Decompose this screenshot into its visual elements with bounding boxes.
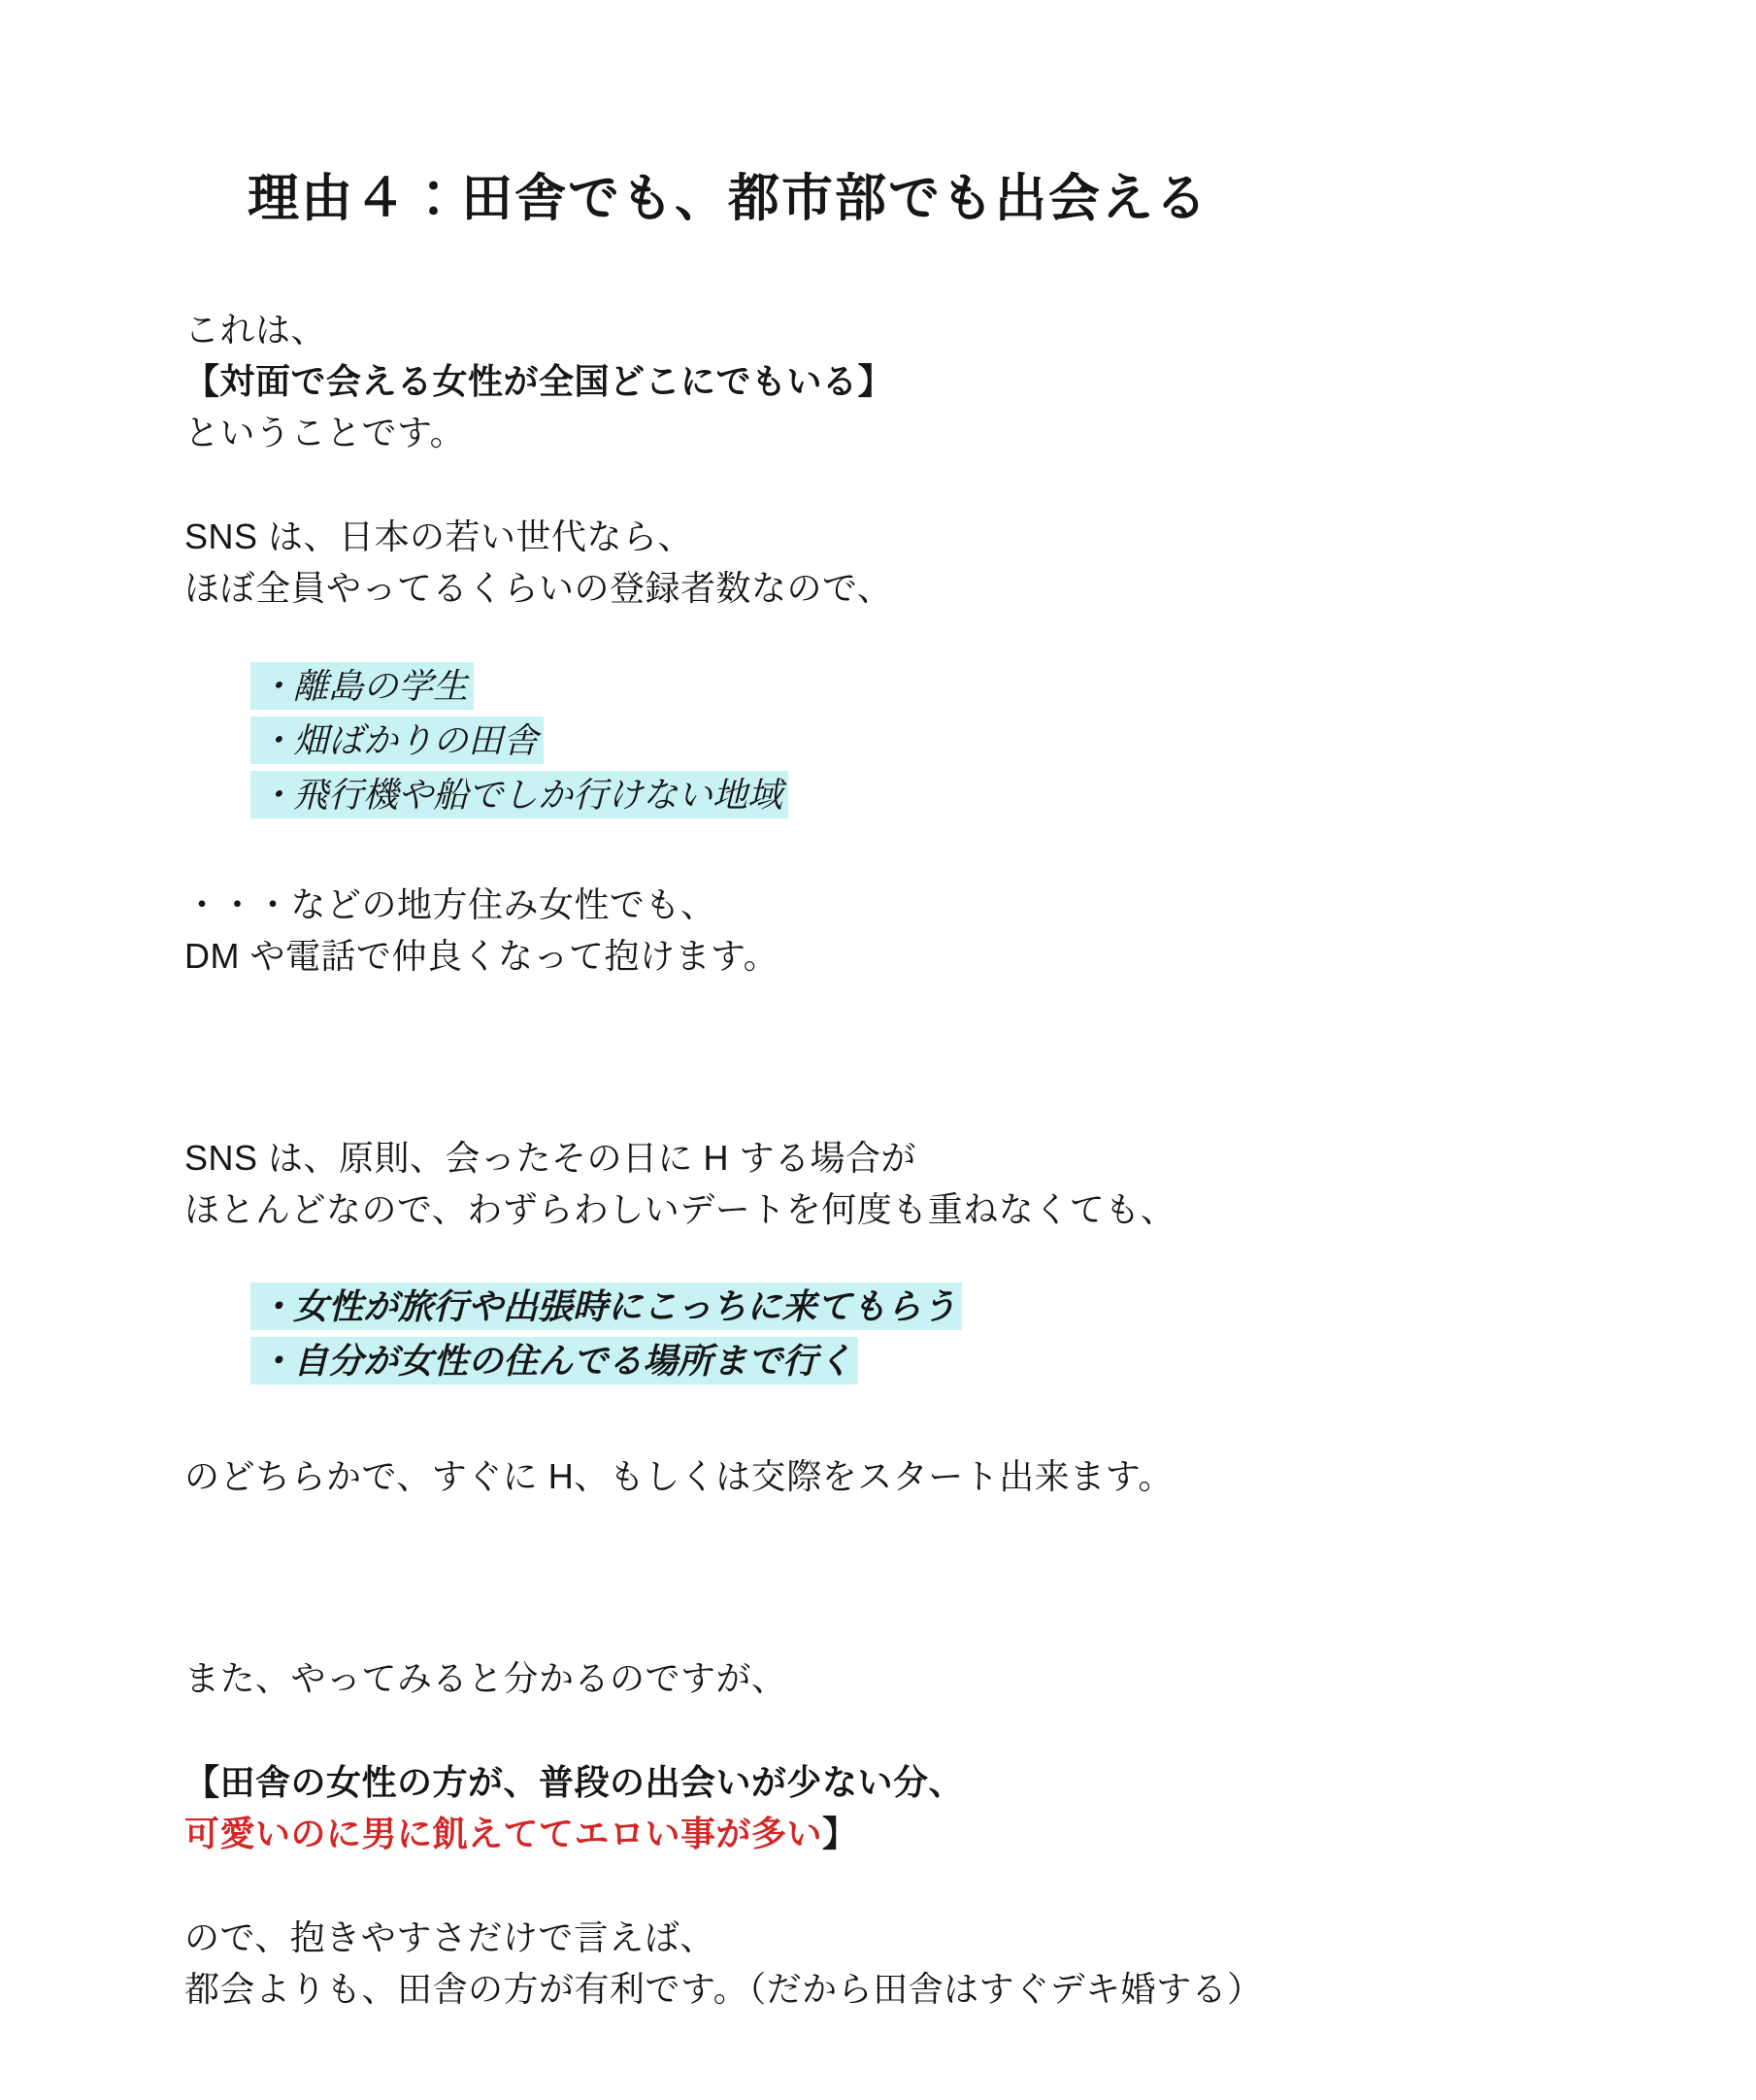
rural-claim-line-1-bold: 【田舎の女性の方が、普段の出会いが少ない分、 — [184, 1756, 1649, 1808]
highlighted-list-item: ・畑ばかりの田舎 — [250, 717, 544, 764]
highlighted-list-item: ・離島の学生 — [250, 662, 474, 710]
same-day-line-1: SNS は、原則、会ったその日に H する場合が — [184, 1132, 1649, 1183]
also-line: また、やってみると分かるのですが、 — [184, 1652, 1649, 1704]
sns-reach-line-2: ほぼ全員やってるくらいの登録者数なので、 — [184, 562, 1649, 614]
intro-line-1: これは、 — [184, 304, 1649, 355]
page-title: 理由４：田舎でも、都市部でも出会える — [248, 170, 1649, 228]
document-content: 理由４：田舎でも、都市部でも出会える これは、 【対面で会える女性が全国どこにで… — [184, 170, 1649, 2015]
remote-examples-list: ・離島の学生 ・畑ばかりの田舎 ・飛行機や船でしか行けない地域 — [184, 662, 1649, 818]
start-result-line: のどちらかで、すぐに H、もしくは交際をスタート出来ます。 — [184, 1450, 1649, 1502]
intro-line-2-bold: 【対面で会える女性が全国どこにでもいる】 — [184, 355, 1649, 407]
also-paragraph: また、やってみると分かるのですが、 — [184, 1652, 1649, 1704]
conclusion-line-1: ので、抱きやすさだけで言えば、 — [184, 1912, 1649, 1963]
intro-paragraph: これは、 【対面で会える女性が全国どこにでもいる】 ということです。 — [184, 304, 1649, 458]
highlighted-list-item: ・自分が女性の住んでる場所まで行く — [250, 1337, 858, 1384]
meet-options-list: ・女性が旅行や出張時にこっちに来てもらう ・自分が女性の住んでる場所まで行く — [184, 1283, 1649, 1384]
same-day-paragraph: SNS は、原則、会ったその日に H する場合が ほとんどなので、わずらわしいデ… — [184, 1132, 1649, 1235]
conclusion-line-2: 都会よりも、田舎の方が有利です。（だから田舎はすぐデキ婚する） — [184, 1963, 1649, 2015]
conclusion-paragraph: ので、抱きやすさだけで言えば、 都会よりも、田舎の方が有利です。（だから田舎はす… — [184, 1912, 1649, 2015]
highlighted-list-item: ・飛行機や船でしか行けない地域 — [250, 771, 788, 818]
rural-claim-red-text: 可愛いのに男に飢えててエロい事が多い — [184, 1814, 822, 1853]
reach-result-paragraph: ・・・などの地方住み女性でも、 DM や電話で仲良くなって抱けます。 — [184, 879, 1649, 982]
highlighted-list-item: ・女性が旅行や出張時にこっちに来てもらう — [250, 1283, 962, 1330]
reach-result-line-2: DM や電話で仲良くなって抱けます。 — [184, 930, 1649, 982]
sns-reach-line-1: SNS は、日本の若い世代なら、 — [184, 511, 1649, 562]
document-page: 理由４：田舎でも、都市部でも出会える これは、 【対面で会える女性が全国どこにで… — [0, 0, 1756, 2100]
rural-claim-line-2: 可愛いのに男に飢えててエロい事が多い】 — [184, 1808, 1649, 1859]
rural-claim-closing-bracket: 】 — [822, 1814, 858, 1853]
intro-line-3: ということです。 — [184, 407, 1649, 458]
start-result-paragraph: のどちらかで、すぐに H、もしくは交際をスタート出来ます。 — [184, 1450, 1649, 1502]
reach-result-line-1: ・・・などの地方住み女性でも、 — [184, 879, 1649, 930]
same-day-line-2: ほとんどなので、わずらわしいデートを何度も重ねなくても、 — [184, 1183, 1649, 1235]
sns-reach-paragraph: SNS は、日本の若い世代なら、 ほぼ全員やってるくらいの登録者数なので、 — [184, 511, 1649, 614]
rural-claim-paragraph: 【田舎の女性の方が、普段の出会いが少ない分、 可愛いのに男に飢えててエロい事が多… — [184, 1756, 1649, 1859]
